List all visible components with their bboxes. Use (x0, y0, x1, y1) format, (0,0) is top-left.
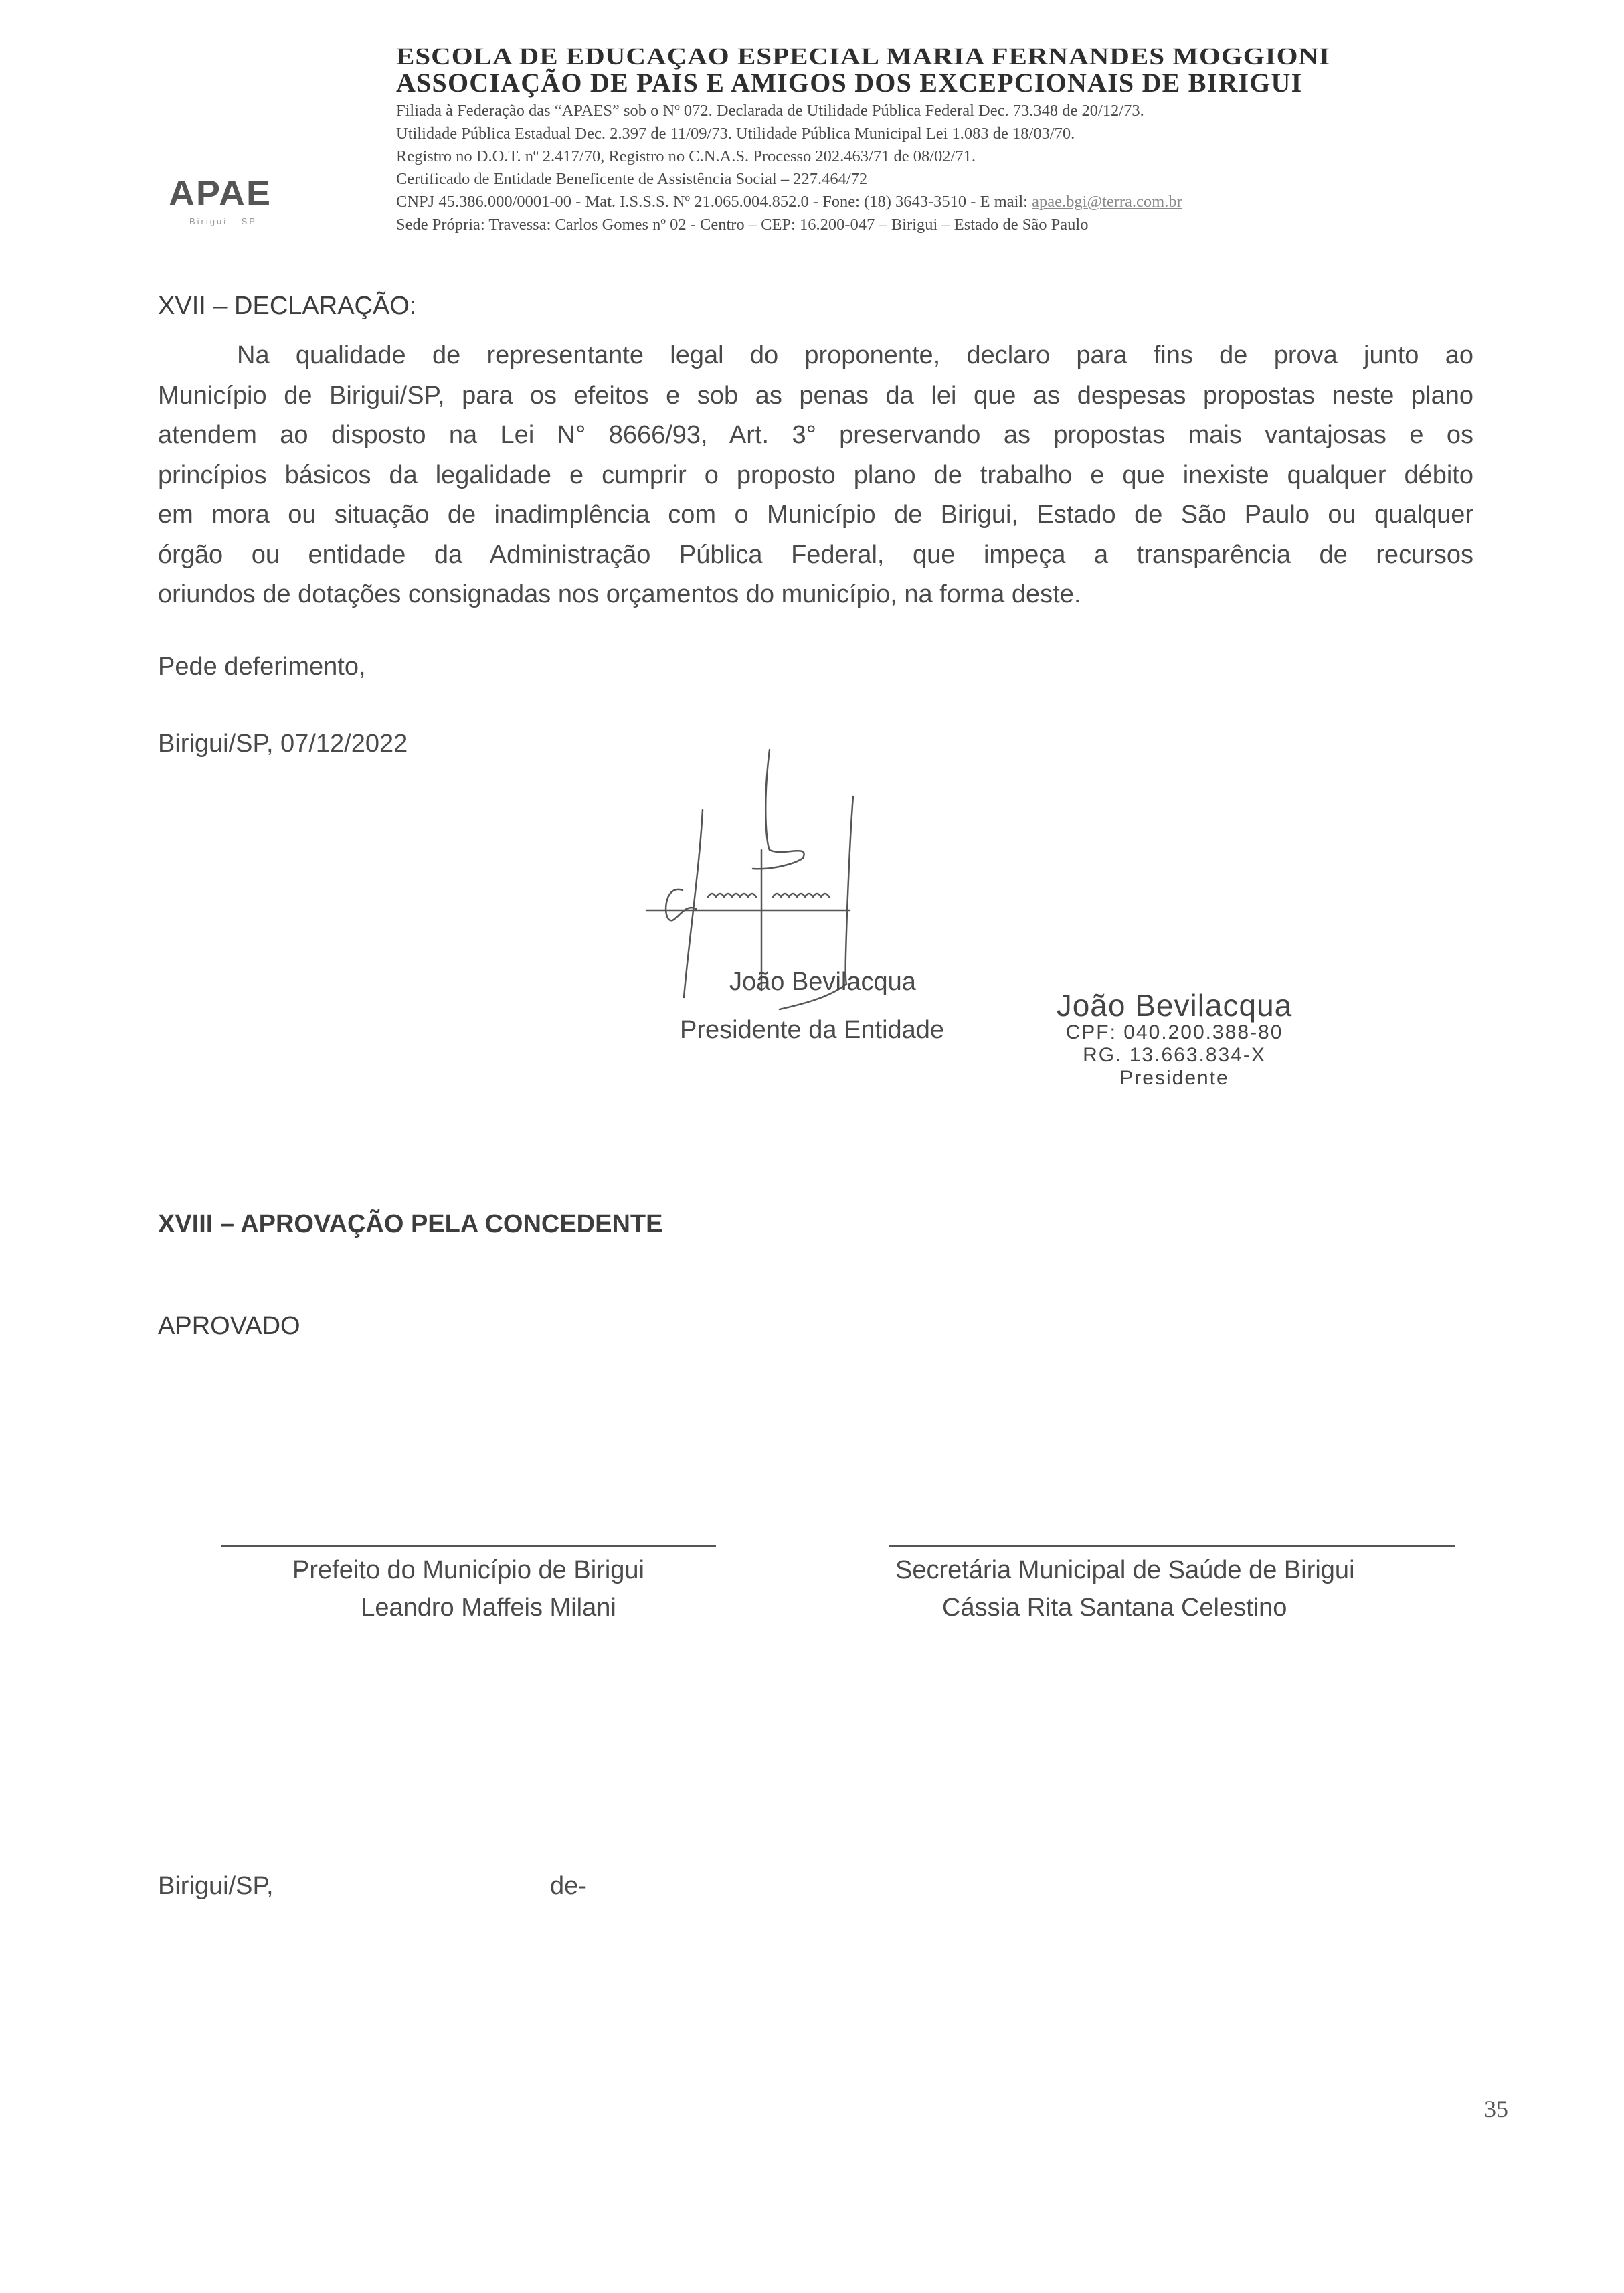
signatory-title: Secretária Municipal de Saúde de Birigui (895, 1551, 1355, 1589)
stamp-rg: RG. 13.663.834-X (1024, 1044, 1325, 1067)
signature-line-mayor (221, 1545, 716, 1547)
signatory-mayor: Prefeito do Município de Birigui Leandro… (201, 1551, 736, 1626)
stamp-cpf: CPF: 040.200.388-80 (1024, 1021, 1325, 1044)
approval-heading: XVIII – APROVAÇÃO PELA CONCEDENTE (158, 1210, 662, 1239)
paragraph-line: em mora ou situação de inadimplência com… (158, 495, 1473, 535)
stamp-name: João Bevilacqua (1024, 989, 1325, 1021)
signatory-secretary: Secretária Municipal de Saúde de Birigui… (895, 1551, 1355, 1626)
paragraph-line: Na qualidade de representante legal do p… (158, 336, 1473, 376)
closing-text: Pede deferimento, (158, 653, 366, 681)
letterhead-address: Sede Própria: Travessa: Carlos Gomes nº … (396, 216, 1089, 234)
apae-logo-subtext: Birigui - SP (189, 216, 257, 226)
approval-status: APROVADO (158, 1312, 300, 1341)
page-number: 35 (1484, 2095, 1508, 2123)
paragraph-line: atendem ao disposto na Lei N° 8666/93, A… (158, 416, 1473, 456)
paragraph-line: princípios básicos da legalidade e cumpr… (158, 456, 1473, 496)
declaration-heading: XVII – DECLARAÇÃO: (158, 292, 416, 321)
place-date: Birigui/SP, 07/12/2022 (158, 730, 408, 758)
signature-stamp: João Bevilacqua CPF: 040.200.388-80 RG. … (1024, 989, 1325, 1090)
signatory-name: Leandro Maffeis Milani (201, 1589, 736, 1626)
letterhead-line: Certificado de Entidade Beneficente de A… (396, 170, 867, 189)
signatory-title: Prefeito do Município de Birigui (201, 1551, 736, 1589)
stamp-role: Presidente (1024, 1067, 1325, 1090)
approval-place: Birigui/SP, (158, 1872, 274, 1901)
letterhead-line: Registro no D.O.T. nº 2.417/70, Registro… (396, 147, 976, 166)
signatory-name: Cássia Rita Santana Celestino (895, 1589, 1355, 1626)
letterhead-line: Filiada à Federação das “APAES” sob o Nº… (396, 102, 1144, 120)
signer-role: Presidente da Entidade (680, 1016, 944, 1045)
letterhead-line: Utilidade Pública Estadual Dec. 2.397 de… (396, 124, 1075, 143)
contact-info: CNPJ 45.386.000/0001-00 - Mat. I.S.S.S. … (396, 193, 1032, 211)
association-name: ASSOCIAÇÃO DE PAIS E AMIGOS DOS EXCEPCIO… (396, 67, 1302, 98)
school-name: ESCOLA DE EDUCAÇÃO ESPECIAL MARIA FERNAN… (396, 41, 1330, 70)
apae-logo: APAE (169, 173, 272, 214)
signer-name: João Bevilacqua (729, 968, 916, 997)
paragraph-line: Município de Birigui/SP, para os efeitos… (158, 376, 1473, 416)
paragraph-line: órgão ou entidade da Administração Públi… (158, 535, 1473, 576)
approval-date-connector: de- (550, 1872, 587, 1901)
paragraph-line: oriundos de dotações consignadas nos orç… (158, 575, 1473, 615)
declaration-paragraph: Na qualidade de representante legal do p… (158, 336, 1473, 615)
letterhead-contact: CNPJ 45.386.000/0001-00 - Mat. I.S.S.S. … (396, 193, 1182, 211)
signature-line-secretary (889, 1545, 1455, 1547)
email-link[interactable]: apae.bgi@terra.com.br (1032, 193, 1182, 211)
